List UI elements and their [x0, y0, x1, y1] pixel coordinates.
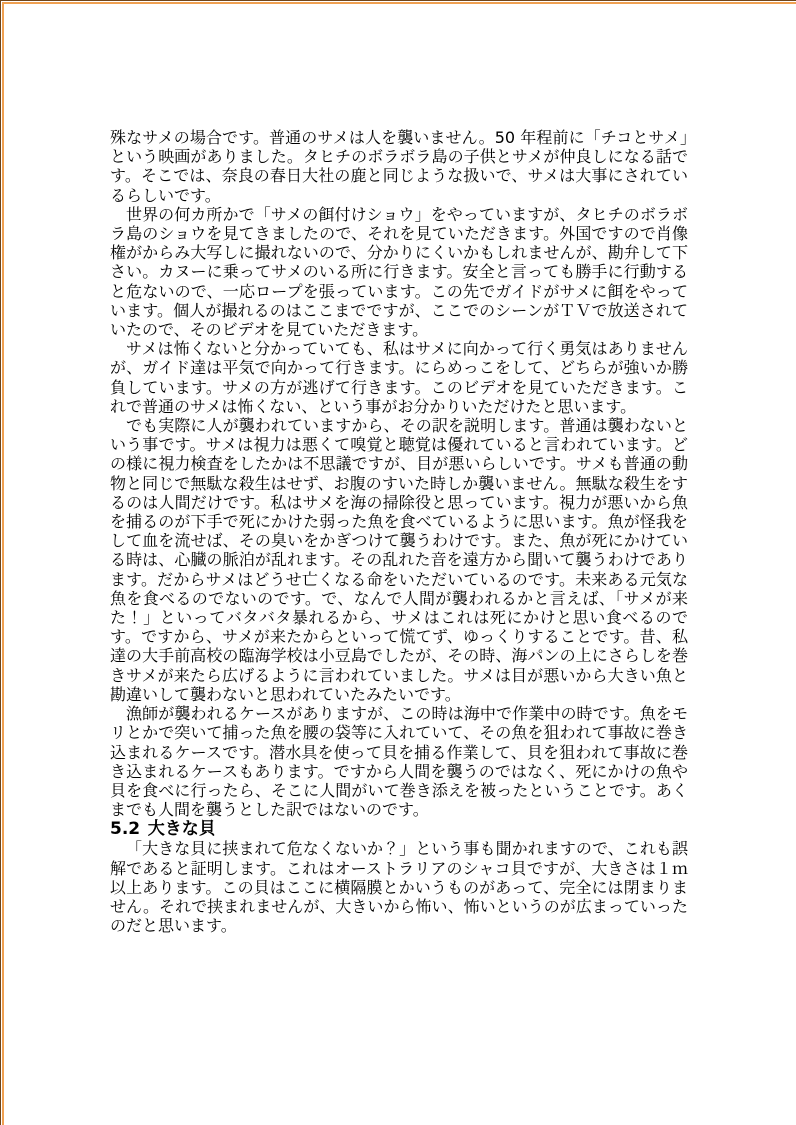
section-title: 大きな貝: [148, 819, 216, 839]
section-heading: 5.2大きな貝: [110, 819, 688, 839]
paragraph-why-sharks-attack: でも実際に人が襲われていますから、その訳を説明します。普通は襲わないという事です…: [110, 416, 688, 704]
section-number: 5.2: [110, 819, 140, 839]
paragraph-guides-video: サメは怖くないと分かっていても、私はサメに向かって行く勇気はありませんが、ガイド…: [110, 339, 688, 416]
document-text-block: 殊なサメの場合です。普通のサメは人を襲いません。50 年程前に「チコとサメ」とい…: [110, 128, 688, 935]
paragraph-feeding-show: 世界の何カ所かで「サメの餌付けショウ」をやっていますが、タヒチのボラボラ島のショ…: [110, 205, 688, 339]
paragraph-shark-movie: 殊なサメの場合です。普通のサメは人を襲いません。50 年程前に「チコとサメ」とい…: [110, 128, 688, 205]
paragraph-giant-clam: 「大きな貝に挟まれて危なくないか？」という事も聞かれますので、これも誤解であると…: [110, 839, 688, 935]
document-page: { "page": { "background_color": "#ffffff…: [0, 0, 796, 1125]
paragraph-fishermen-cases: 漁師が襲われるケースがありますが、この時は海中で作業中の時です。魚をモリとかで突…: [110, 704, 688, 819]
